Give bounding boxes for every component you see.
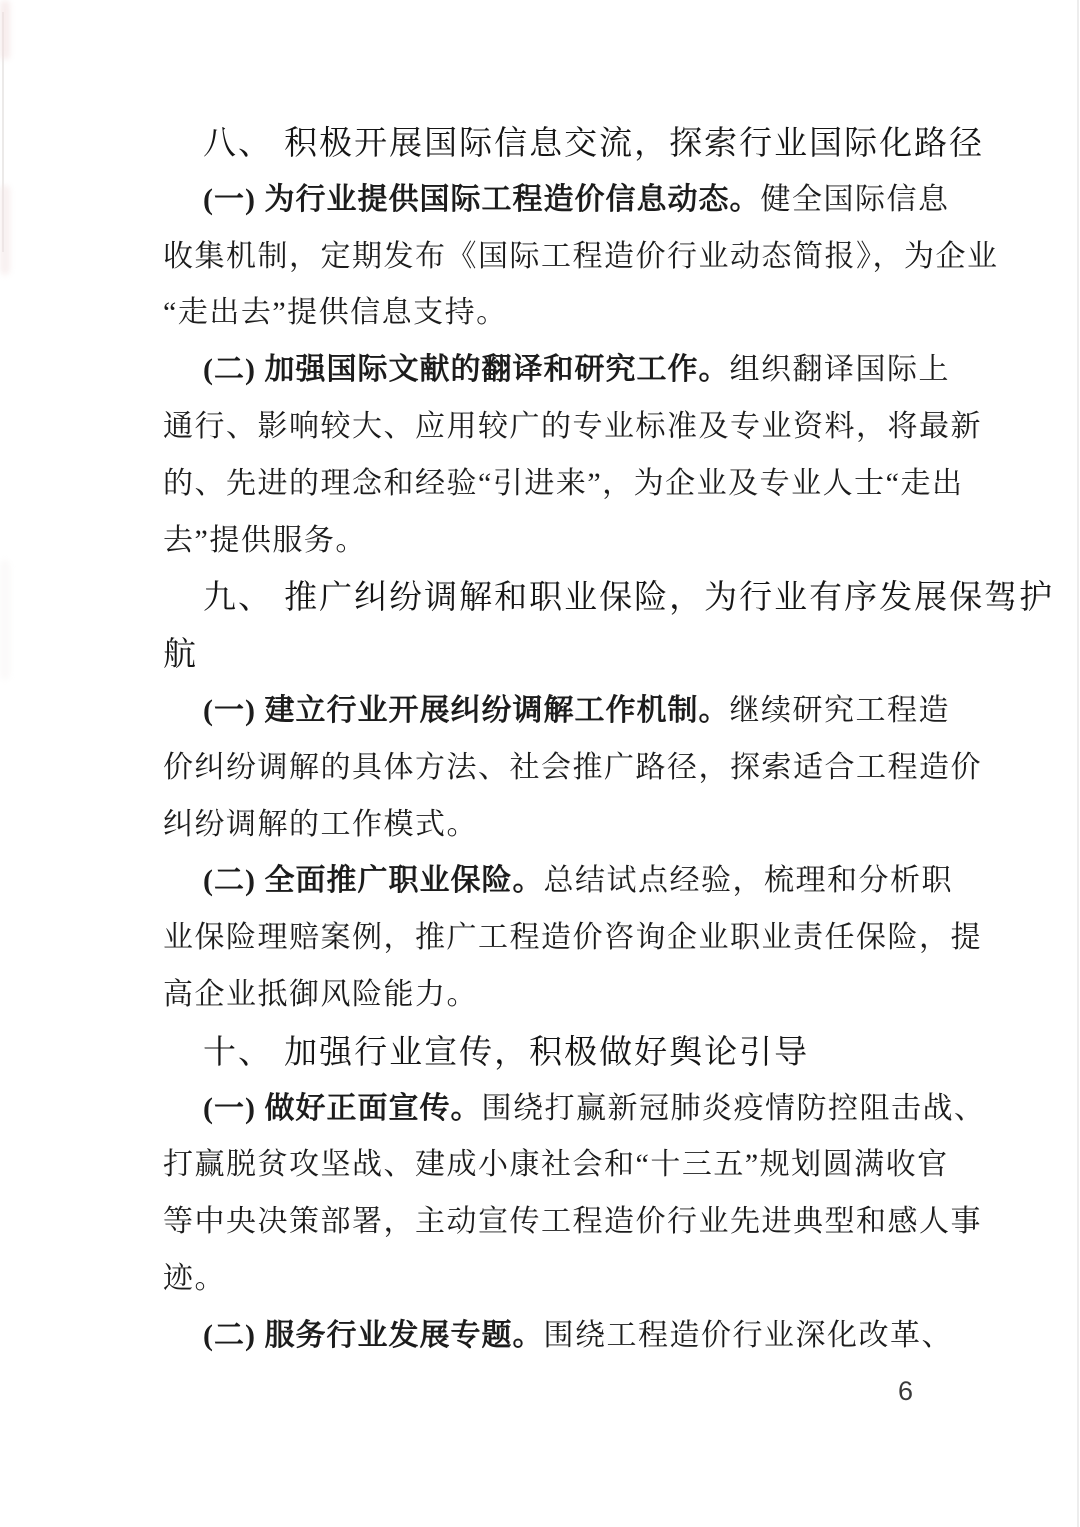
paragraph-lead-bold: (二) 全面推广职业保险。 bbox=[203, 864, 543, 897]
section-heading-9-cont: 航 bbox=[163, 626, 923, 683]
section-heading-9: 九、 推广纠纷调解和职业保险，为行业有序发展保驾护 bbox=[163, 569, 923, 626]
paragraph-line: 等中央决策部署，主动宣传工程造价行业先进典型和感人事 bbox=[163, 1194, 923, 1251]
section-heading-8: 八、 积极开展国际信息交流，探索行业国际化路径 bbox=[163, 115, 923, 172]
paragraph-lead-bold: (一) 做好正面宣传。 bbox=[203, 1092, 481, 1125]
scan-smudge bbox=[0, 0, 10, 60]
paragraph-line: (二) 服务行业发展专题。围绕工程造价行业深化改革、 bbox=[163, 1308, 923, 1365]
document-page: 八、 积极开展国际信息交流，探索行业国际化路径 (一) 为行业提供国际工程造价信… bbox=[0, 0, 1080, 1527]
paragraph-line: 业保险理赔案例，推广工程造价咨询企业职业责任保险，提 bbox=[163, 910, 923, 967]
paragraph-lead-bold: (二) 加强国际文献的翻译和研究工作。 bbox=[203, 353, 729, 386]
paragraph-line: “走出去”提供信息支持。 bbox=[163, 285, 923, 342]
section-heading-10: 十、 加强行业宣传，积极做好舆论引导 bbox=[163, 1024, 923, 1081]
paragraph-line: 的、先进的理念和经验“引进来”，为企业及专业人士“走出 bbox=[163, 456, 923, 513]
paragraph-line: (一) 为行业提供国际工程造价信息动态。健全国际信息 bbox=[163, 172, 923, 229]
paragraph-text: 围绕打赢新冠肺炎疫情防控阻击战、 bbox=[481, 1092, 985, 1125]
paragraph-line: 纠纷调解的工作模式。 bbox=[163, 797, 923, 854]
paragraph-line: 迹。 bbox=[163, 1251, 923, 1308]
paragraph-line: (一) 建立行业开展纠纷调解工作机制。继续研究工程造 bbox=[163, 683, 923, 740]
paragraph-lead-bold: (二) 服务行业发展专题。 bbox=[203, 1319, 543, 1352]
paragraph-text: 组织翻译国际上 bbox=[729, 353, 950, 386]
paragraph-line: 去”提供服务。 bbox=[163, 513, 923, 570]
paragraph-line: (一) 做好正面宣传。围绕打赢新冠肺炎疫情防控阻击战、 bbox=[163, 1081, 923, 1138]
paragraph-line: 价纠纷调解的具体方法、社会推广路径，探索适合工程造价 bbox=[163, 740, 923, 797]
text-block: 八、 积极开展国际信息交流，探索行业国际化路径 (一) 为行业提供国际工程造价信… bbox=[163, 115, 923, 1365]
scan-edge-right bbox=[1077, 0, 1079, 1527]
paragraph-line: (二) 加强国际文献的翻译和研究工作。组织翻译国际上 bbox=[163, 342, 923, 399]
paragraph-line: (二) 全面推广职业保险。总结试点经验，梳理和分析职 bbox=[163, 853, 923, 910]
paragraph-line: 收集机制，定期发布《国际工程造价行业动态简报》，为企业 bbox=[163, 229, 923, 286]
paragraph-text: 围绕工程造价行业深化改革、 bbox=[543, 1319, 953, 1352]
paragraph-lead-bold: (一) 为行业提供国际工程造价信息动态。 bbox=[203, 183, 760, 216]
paragraph-text: 继续研究工程造 bbox=[729, 694, 950, 727]
paragraph-lead-bold: (一) 建立行业开展纠纷调解工作机制。 bbox=[203, 694, 729, 727]
scan-smudge bbox=[0, 560, 10, 680]
scan-smudge bbox=[0, 185, 10, 275]
paragraph-line: 通行、影响较大、应用较广的专业标准及专业资料，将最新 bbox=[163, 399, 923, 456]
paragraph-line: 高企业抵御风险能力。 bbox=[163, 967, 923, 1024]
paragraph-text: 总结试点经验，梳理和分析职 bbox=[543, 864, 953, 897]
paragraph-text: 健全国际信息 bbox=[760, 183, 949, 216]
page-number: 6 bbox=[898, 1366, 913, 1416]
paragraph-line: 打赢脱贫攻坚战、建成小康社会和“十三五”规划圆满收官 bbox=[163, 1137, 923, 1194]
